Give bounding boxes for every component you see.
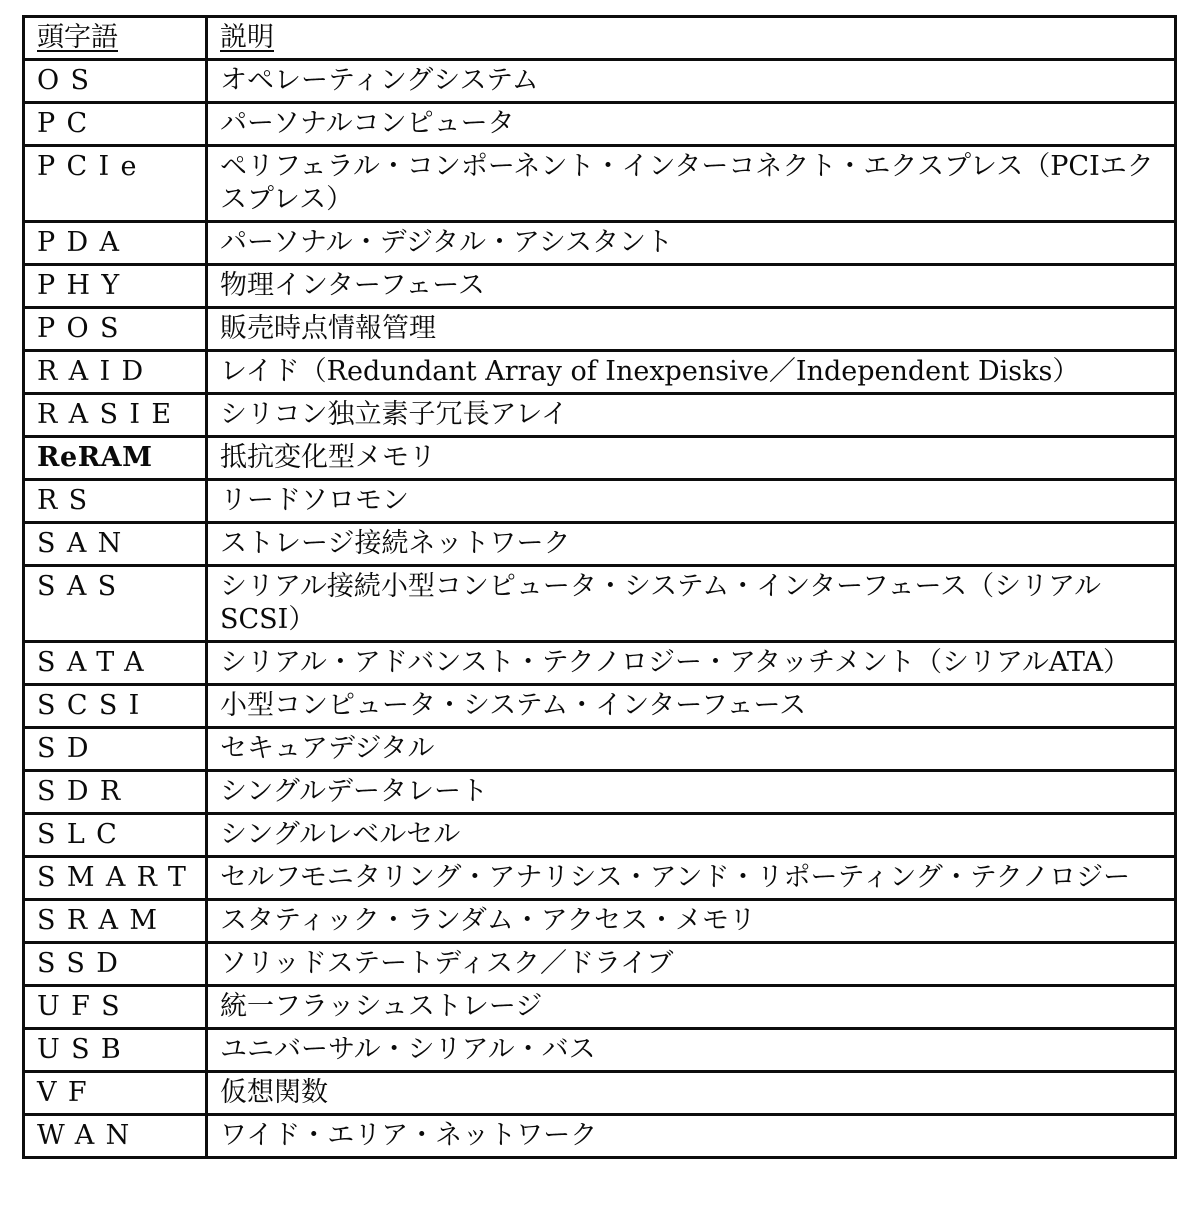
description-cell: オペレーティングシステム [207,60,1176,103]
acronym-cell: POS [24,308,207,351]
table-row: SLC シングルレベルセル [24,814,1176,857]
acronym-cell: SMART [24,857,207,900]
acronym-cell: PC [24,103,207,146]
acronym-cell: SCSI [24,685,207,728]
table-row: SAN ストレージ接続ネットワーク [24,523,1176,566]
description-cell: ユニバーサル・シリアル・バス [207,1029,1176,1072]
table-row: SSD ソリッドステートディスク／ドライブ [24,943,1176,986]
table-row: UFS 統一フラッシュストレージ [24,986,1176,1029]
description-cell: リードソロモン [207,480,1176,523]
table-row: SCSI 小型コンピュータ・システム・インターフェース [24,685,1176,728]
table-row: RS リードソロモン [24,480,1176,523]
description-cell: 物理インターフェース [207,265,1176,308]
table-row: PCIe ペリフェラル・コンポーネント・インターコネクト・エクスプレス（PCIエ… [24,146,1176,222]
acronym-cell: SAS [24,566,207,642]
description-cell: シリアル接続小型コンピュータ・システム・インターフェース（シリアルSCSI） [207,566,1176,642]
header-row: 頭字語 説明 [24,17,1176,60]
acronym-cell: PHY [24,265,207,308]
description-cell: 仮想関数 [207,1072,1176,1115]
acronym-cell: RS [24,480,207,523]
acronym-glossary-table: 頭字語 説明 OS オペレーティングシステム PC パーソナルコンピュータ PC… [22,15,1177,1159]
description-cell: スタティック・ランダム・アクセス・メモリ [207,900,1176,943]
acronym-cell: SRAM [24,900,207,943]
table-row: SDR シングルデータレート [24,771,1176,814]
description-cell: シリコン独立素子冗長アレイ [207,394,1176,437]
acronym-cell: SATA [24,642,207,685]
table-row: ReRAM 抵抗変化型メモリ [24,437,1176,480]
description-cell: ソリッドステートディスク／ドライブ [207,943,1176,986]
table-row: USB ユニバーサル・シリアル・バス [24,1029,1176,1072]
table-row: VF 仮想関数 [24,1072,1176,1115]
description-cell: レイド（Redundant Array of Inexpensive／Indep… [207,351,1176,394]
description-column-header-label: 説明 [220,22,274,53]
document-page: 頭字語 説明 OS オペレーティングシステム PC パーソナルコンピュータ PC… [0,0,1195,1179]
table-row: OS オペレーティングシステム [24,60,1176,103]
acronym-cell: VF [24,1072,207,1115]
description-cell: 小型コンピュータ・システム・インターフェース [207,685,1176,728]
description-cell: 統一フラッシュストレージ [207,986,1176,1029]
description-column-header: 説明 [207,17,1176,60]
table-row: PDA パーソナル・デジタル・アシスタント [24,222,1176,265]
table-row: SD セキュアデジタル [24,728,1176,771]
acronym-cell: USB [24,1029,207,1072]
description-cell: ワイド・エリア・ネットワーク [207,1115,1176,1158]
description-cell: シリアル・アドバンスト・テクノロジー・アタッチメント（シリアルATA） [207,642,1176,685]
table-row: SMART セルフモニタリング・アナリシス・アンド・リポーティング・テクノロジー [24,857,1176,900]
table-row: SAS シリアル接続小型コンピュータ・システム・インターフェース（シリアルSCS… [24,566,1176,642]
acronym-cell: RAID [24,351,207,394]
table-row: RASIE シリコン独立素子冗長アレイ [24,394,1176,437]
description-cell: セルフモニタリング・アナリシス・アンド・リポーティング・テクノロジー [207,857,1176,900]
acronym-cell: SLC [24,814,207,857]
description-cell: 抵抗変化型メモリ [207,437,1176,480]
table-row: RAID レイド（Redundant Array of Inexpensive／… [24,351,1176,394]
table-row: PC パーソナルコンピュータ [24,103,1176,146]
description-cell: ストレージ接続ネットワーク [207,523,1176,566]
description-cell: セキュアデジタル [207,728,1176,771]
table-row: SATA シリアル・アドバンスト・テクノロジー・アタッチメント（シリアルATA） [24,642,1176,685]
description-cell: シングルレベルセル [207,814,1176,857]
acronym-cell: SAN [24,523,207,566]
acronym-cell: WAN [24,1115,207,1158]
table-header: 頭字語 説明 [24,17,1176,60]
acronym-cell: SD [24,728,207,771]
acronym-column-header-label: 頭字語 [37,22,118,53]
table-row: POS 販売時点情報管理 [24,308,1176,351]
acronym-cell: UFS [24,986,207,1029]
description-cell: パーソナル・デジタル・アシスタント [207,222,1176,265]
acronym-column-header: 頭字語 [24,17,207,60]
description-cell: ペリフェラル・コンポーネント・インターコネクト・エクスプレス（PCIエクスプレス… [207,146,1176,222]
table-row: SRAM スタティック・ランダム・アクセス・メモリ [24,900,1176,943]
table-body: OS オペレーティングシステム PC パーソナルコンピュータ PCIe ペリフェ… [24,60,1176,1158]
acronym-cell: SSD [24,943,207,986]
description-cell: 販売時点情報管理 [207,308,1176,351]
acronym-cell: ReRAM [24,437,207,480]
description-cell: パーソナルコンピュータ [207,103,1176,146]
acronym-cell: SDR [24,771,207,814]
table-row: WAN ワイド・エリア・ネットワーク [24,1115,1176,1158]
acronym-cell: OS [24,60,207,103]
acronym-cell: PDA [24,222,207,265]
acronym-cell: PCIe [24,146,207,222]
description-cell: シングルデータレート [207,771,1176,814]
acronym-cell: RASIE [24,394,207,437]
table-row: PHY 物理インターフェース [24,265,1176,308]
